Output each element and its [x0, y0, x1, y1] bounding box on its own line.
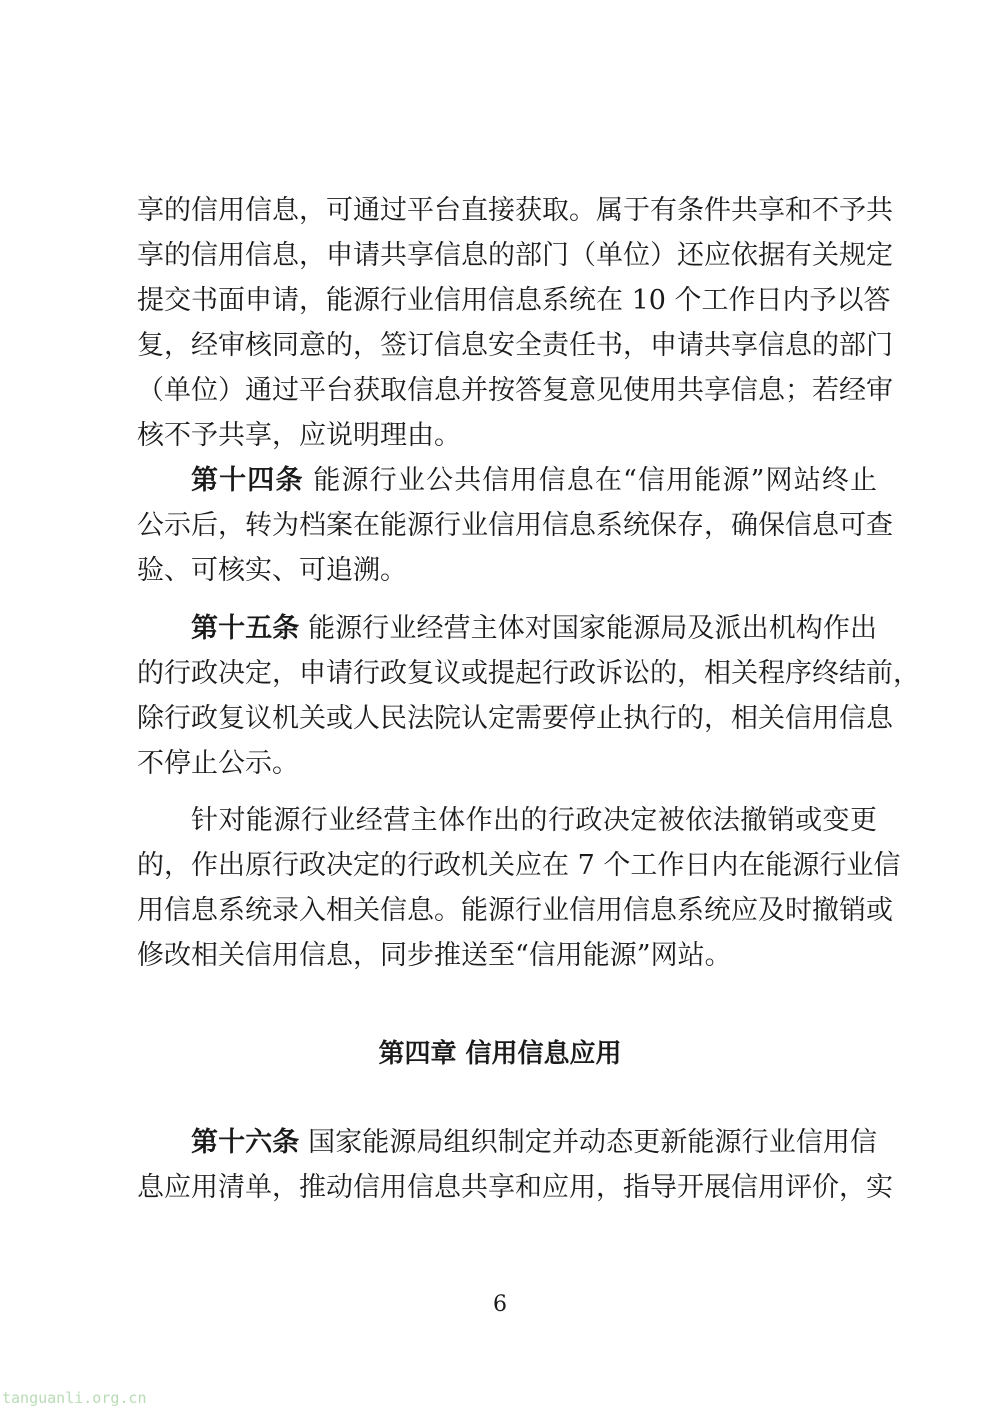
- body-line: 享的信用信息，申请共享信息的部门（单位）还应依据有关规定: [137, 236, 877, 276]
- article-14-first-line: 第十四条 能源行业公共信用信息在“信用能源”网站终止: [137, 461, 877, 501]
- body-line: 验、可核实、可追溯。: [137, 551, 877, 591]
- article-15-first-line: 第十五条 能源行业经营主体对国家能源局及派出机构作出: [137, 609, 877, 649]
- body-line: 公示后，转为档案在能源行业信用信息系统保存，确保信息可查: [137, 506, 877, 546]
- article-14-text: 能源行业公共信用信息在“信用能源”网站终止: [313, 465, 877, 496]
- page-number: 6: [0, 1290, 1000, 1320]
- body-line: 复，经审核同意的，签订信息安全责任书，申请共享信息的部门: [137, 326, 877, 366]
- body-line: 的，作出原行政决定的行政机关应在 7 个工作日内在能源行业信: [137, 846, 877, 886]
- article-16-first-line: 第十六条 国家能源局组织制定并动态更新能源行业信用信: [137, 1123, 877, 1163]
- article-15-label: 第十五条: [191, 613, 299, 644]
- article-16-label: 第十六条: [191, 1127, 299, 1158]
- body-line: 核不予共享，应说明理由。: [137, 416, 877, 456]
- body-line: （单位）通过平台获取信息并按答复意见使用共享信息；若经审: [137, 371, 877, 411]
- article-14-label: 第十四条: [191, 465, 304, 496]
- body-line: 用信息系统录入相关信息。能源行业信用信息系统应及时撤销或: [137, 891, 877, 931]
- revoke-paragraph-first-line: 针对能源行业经营主体作出的行政决定被依法撤销或变更: [137, 801, 877, 841]
- body-line: 提交书面申请，能源行业信用信息系统在 10 个工作日内予以答: [137, 281, 877, 321]
- chapter-heading: 第四章 信用信息应用: [0, 1034, 1000, 1074]
- article-15-text: 能源行业经营主体对国家能源局及派出机构作出: [308, 613, 877, 644]
- watermark: tanguanli.org.cn: [2, 1388, 147, 1408]
- body-line: 息应用清单，推动信用信息共享和应用，指导开展信用评价，实: [137, 1168, 877, 1208]
- body-line: 的行政决定，申请行政复议或提起行政诉讼的，相关程序终结前，: [137, 654, 877, 694]
- body-line: 享的信用信息，可通过平台直接获取。属于有条件共享和不予共: [137, 191, 877, 231]
- body-line: 修改相关信用信息，同步推送至“信用能源”网站。: [137, 936, 877, 976]
- body-line: 不停止公示。: [137, 744, 877, 784]
- body-line: 除行政复议机关或人民法院认定需要停止执行的，相关信用信息: [137, 699, 877, 739]
- article-16-text: 国家能源局组织制定并动态更新能源行业信用信: [308, 1127, 877, 1158]
- document-page: 享的信用信息，可通过平台直接获取。属于有条件共享和不予共 享的信用信息，申请共享…: [0, 0, 1000, 1414]
